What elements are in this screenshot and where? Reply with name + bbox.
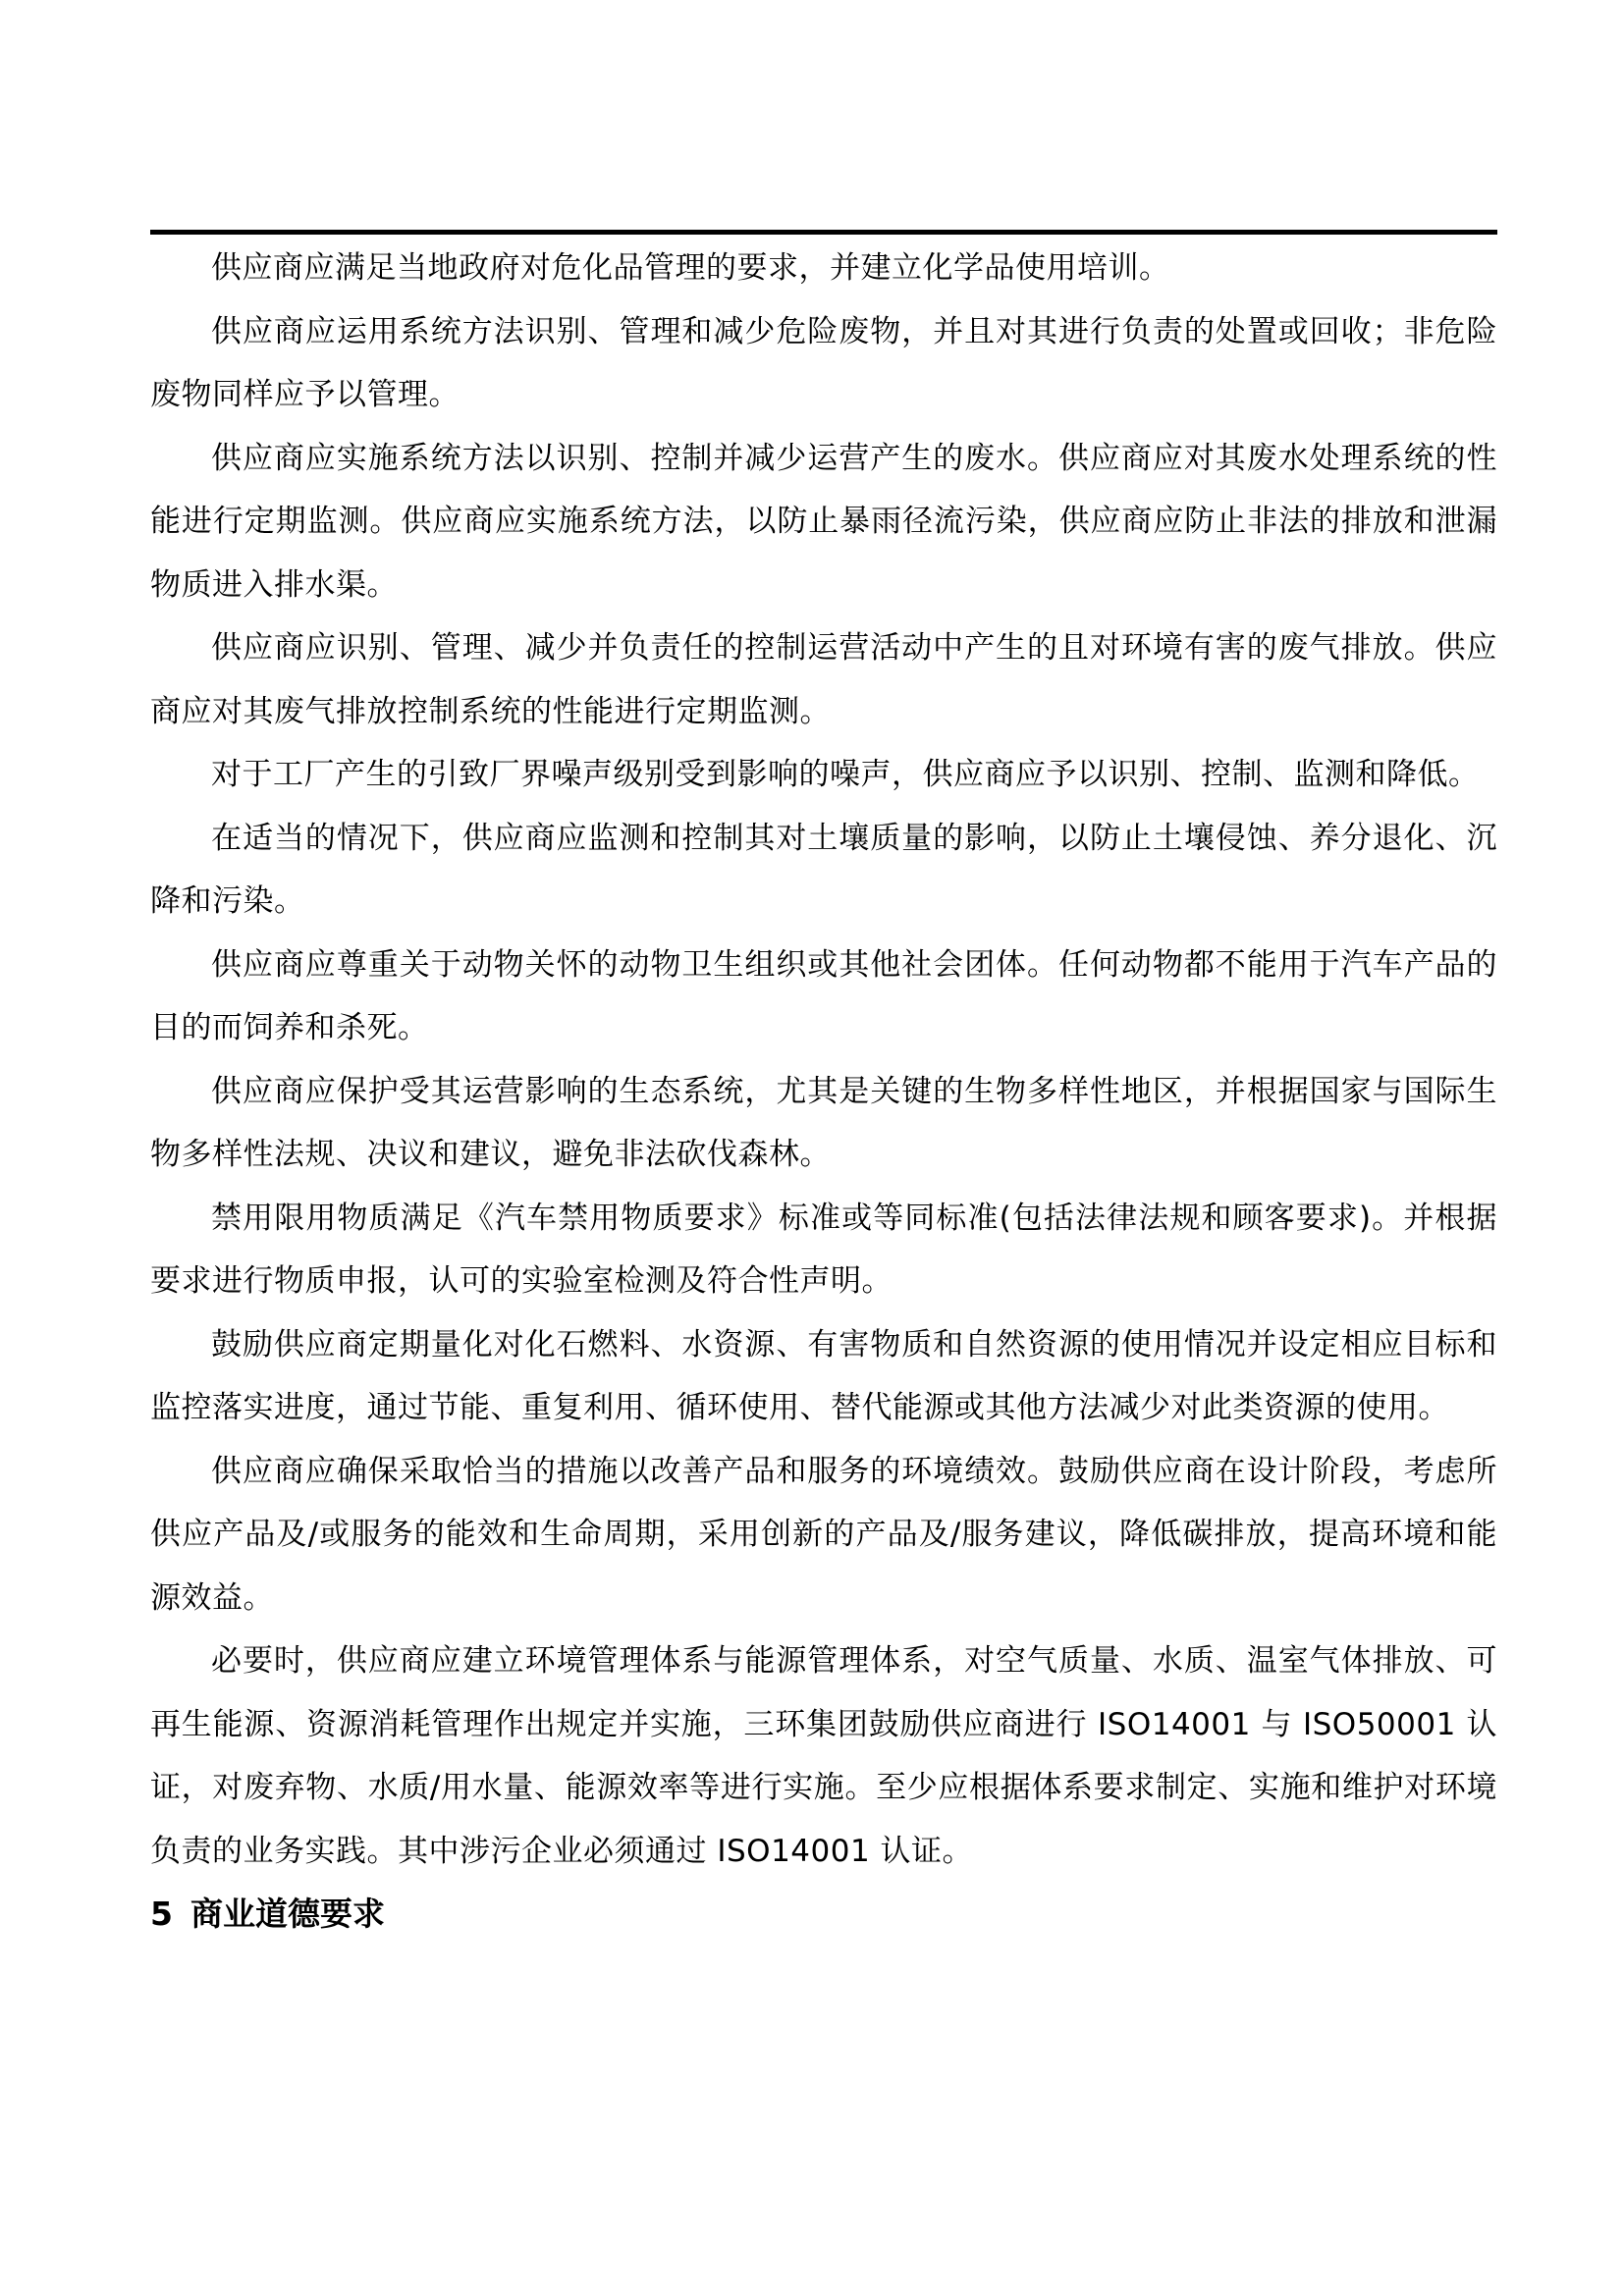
paragraph: 供应商应满足当地政府对危化品管理的要求，并建立化学品使用培训。 bbox=[150, 237, 1497, 300]
paragraph: 供应商应识别、管理、减少并负责任的控制运营活动中产生的且对环境有害的废气排放。供… bbox=[150, 616, 1497, 743]
header-rule bbox=[150, 230, 1497, 235]
document-page: 供应商应满足当地政府对危化品管理的要求，并建立化学品使用培训。 供应商应运用系统… bbox=[0, 0, 1624, 2296]
paragraph: 供应商应确保采取恰当的措施以改善产品和服务的环境绩效。鼓励供应商在设计阶段，考虑… bbox=[150, 1440, 1497, 1630]
paragraph: 供应商应运用系统方法识别、管理和减少危险废物，并且对其进行负责的处置或回收；非危… bbox=[150, 300, 1497, 427]
section-heading: 5商业道德要求 bbox=[150, 1883, 1497, 1947]
paragraph: 供应商应实施系统方法以识别、控制并减少运营产生的废水。供应商应对其废水处理系统的… bbox=[150, 427, 1497, 617]
paragraph: 对于工厂产生的引致厂界噪声级别受到影响的噪声，供应商应予以识别、控制、监测和降低… bbox=[150, 743, 1497, 807]
paragraph: 供应商应尊重关于动物关怀的动物卫生组织或其他社会团体。任何动物都不能用于汽车产品… bbox=[150, 934, 1497, 1060]
paragraph: 供应商应保护受其运营影响的生态系统，尤其是关键的生物多样性地区，并根据国家与国际… bbox=[150, 1060, 1497, 1187]
section-title: 商业道德要求 bbox=[190, 1895, 385, 1933]
paragraph: 禁用限用物质满足《汽车禁用物质要求》标准或等同标准(包括法律法规和顾客要求)。并… bbox=[150, 1187, 1497, 1313]
paragraph: 鼓励供应商定期量化对化石燃料、水资源、有害物质和自然资源的使用情况并设定相应目标… bbox=[150, 1313, 1497, 1440]
section-number: 5 bbox=[150, 1895, 173, 1933]
paragraph: 在适当的情况下，供应商应监测和控制其对土壤质量的影响，以防止土壤侵蚀、养分退化、… bbox=[150, 807, 1497, 934]
document-body: 供应商应满足当地政府对危化品管理的要求，并建立化学品使用培训。 供应商应运用系统… bbox=[150, 237, 1497, 1947]
paragraph: 必要时，供应商应建立环境管理体系与能源管理体系，对空气质量、水质、温室气体排放、… bbox=[150, 1629, 1497, 1883]
